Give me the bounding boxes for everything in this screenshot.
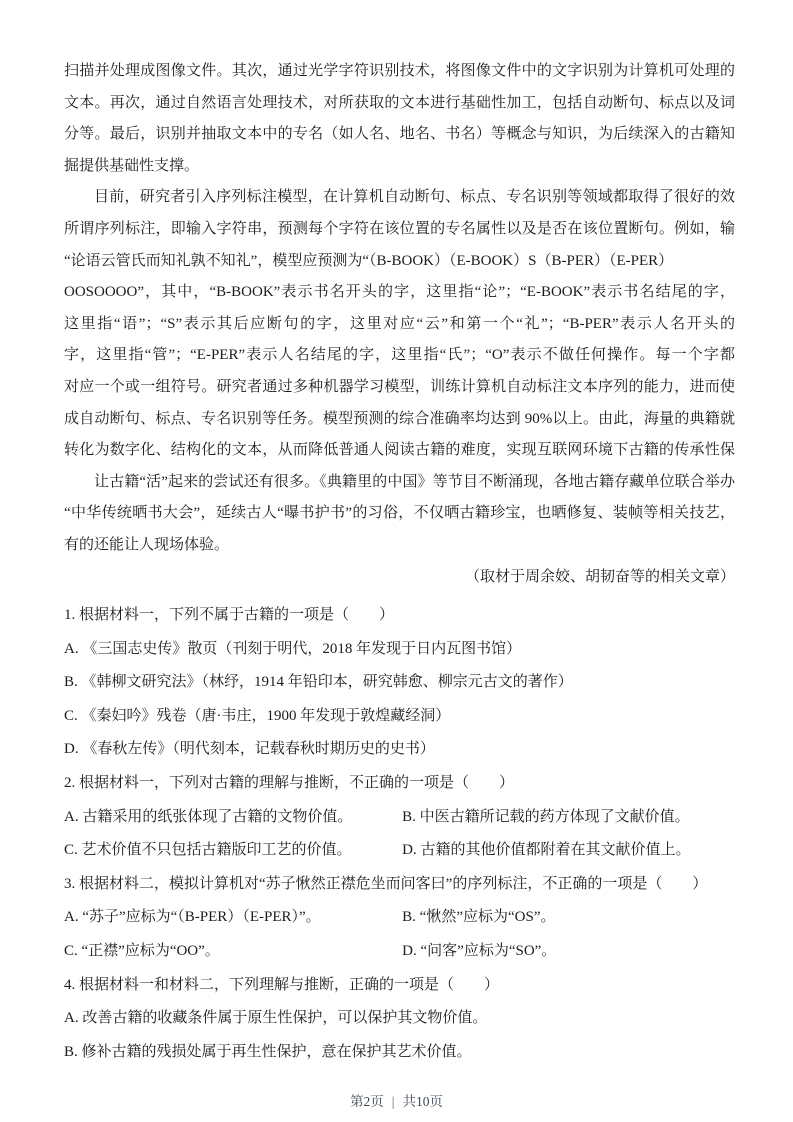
material-para3-line: 让古籍“活”起来的尝试还有很多。《典籍里的中国》等节目不断涌现，各地古籍存藏单位… (64, 467, 735, 499)
question-3-stem: 3. 根据材料二，模拟计算机对“苏子愀然正襟危坐而问客曰”的序列标注，不正确的一… (64, 868, 735, 902)
material-para2-line: 所谓序列标注，即输入字符串，预测每个字符在该位置的专名属性以及是否在该位置断句。… (64, 214, 735, 246)
question-3-option-b: B. “愀然”应标为“OS”。 (402, 901, 555, 935)
question-2-option-a: A. 古籍采用的纸张体现了古籍的文物价值。 (64, 801, 402, 835)
material-para2-line: “论语云管氏而知礼孰不知礼”，模型应预测为“（B-BOOK）（E-BOOK）S（… (64, 246, 735, 278)
footer-separator: | (392, 1094, 395, 1109)
question-1-stem: 1. 根据材料一，下列不属于古籍的一项是（ ） (64, 599, 735, 633)
material-para2-line: 这里指“语”；“S”表示其后应断句的字，这里对应“云”和第一个“礼”；“B-PE… (64, 309, 735, 341)
material-para2-line: OOSOOOO”，其中，“B-BOOK”表示书名开头的字，这里指“论”；“E-B… (64, 277, 735, 309)
page-number-current: 第2页 (350, 1094, 384, 1109)
question-2-option-c: C. 艺术价值不只包括古籍版印工艺的价值。 (64, 834, 402, 868)
attribution-line: （取材于周余姣、胡韧奋等的相关文章） (64, 562, 735, 594)
question-1-option-c: C. 《秦妇吟》残卷（唐·韦庄，1900 年发现于敦煌藏经洞） (64, 700, 735, 734)
material-para3-line: “中华传统晒书大会”，延续古人“曝书护书”的习俗，不仅晒古籍珍宝，也晒修复、装帧… (64, 498, 735, 530)
material-para1-line: 扫描并处理成图像文件。其次，通过光学字符识别技术，将图像文件中的文字识别为计算机… (64, 56, 735, 88)
question-3-options-row-cd: C. “正襟”应标为“OO”。 D. “问客”应标为“SO”。 (64, 935, 735, 969)
question-4-option-b: B. 修补古籍的残损处属于再生性保护，意在保护其艺术价值。 (64, 1036, 735, 1070)
question-4-stem: 4. 根据材料一和材料二，下列理解与推断，正确的一项是（ ） (64, 969, 735, 1003)
question-1-option-b: B. 《韩柳文研究法》（林纾，1914 年铅印本，研究韩愈、柳宗元古文的著作） (64, 666, 735, 700)
material-para3-line: 有的还能让人现场体验。 (64, 530, 735, 562)
question-3-options-row-ab: A. “苏子”应标为“（B-PER）（E-PER）”。 B. “愀然”应标为“O… (64, 901, 735, 935)
material-para1-line: 文本。再次，通过自然语言处理技术，对所获取的文本进行基础性加工，包括自动断句、标… (64, 88, 735, 120)
question-2-options-row-cd: C. 艺术价值不只包括古籍版印工艺的价值。 D. 古籍的其他价值都附着在其文献价… (64, 834, 735, 868)
material-para2-line: 字，这里指“管”；“E-PER”表示人名结尾的字，这里指“氏”；“O”表示不做任… (64, 340, 735, 372)
question-3-option-a: A. “苏子”应标为“（B-PER）（E-PER）”。 (64, 901, 402, 935)
material-para2-line: 目前，研究者引入序列标注模型，在计算机自动断句、标点、专名识别等领域都取得了很好… (64, 182, 735, 214)
question-3-option-d: D. “问客”应标为“SO”。 (402, 935, 556, 969)
question-1-option-d: D. 《春秋左传》（明代刻本，记载春秋时期历史的史书） (64, 733, 735, 767)
page-number-total: 共10页 (402, 1094, 443, 1109)
page-content: 扫描并处理成图像文件。其次，通过光学字符识别技术，将图像文件中的文字识别为计算机… (64, 56, 735, 1069)
question-2-option-d: D. 古籍的其他价值都附着在其文献价值上。 (402, 834, 690, 868)
question-2-options-row-ab: A. 古籍采用的纸张体现了古籍的文物价值。 B. 中医古籍所记载的药方体现了文献… (64, 801, 735, 835)
page-footer: 第2页|共10页 (0, 1090, 793, 1110)
question-2-stem: 2. 根据材料一，下列对古籍的理解与推断，不正确的一项是（ ） (64, 767, 735, 801)
material-para2-line: 成自动断句、标点、专名识别等任务。模型预测的综合准确率均达到 90%以上。由此，… (64, 404, 735, 436)
material-para2-line: 转化为数字化、结构化的文本，从而降低普通人阅读古籍的难度，实现互联网环境下古籍的… (64, 435, 735, 467)
question-3-option-c: C. “正襟”应标为“OO”。 (64, 935, 402, 969)
question-4-option-a: A. 改善古籍的收藏条件属于原生性保护，可以保护其文物价值。 (64, 1002, 735, 1036)
material-para1-line: 分等。最后，识别并抽取文本中的专名（如人名、地名、书名）等概念与知识，为后续深入… (64, 119, 735, 151)
exam-document-page: 扫描并处理成图像文件。其次，通过光学字符识别技术，将图像文件中的文字识别为计算机… (0, 0, 793, 1122)
question-1-option-a: A. 《三国志史传》散页（刊刻于明代，2018 年发现于日内瓦图书馆） (64, 633, 735, 667)
question-2-option-b: B. 中医古籍所记载的药方体现了文献价值。 (402, 801, 690, 835)
material-para1-line: 掘提供基础性支撑。 (64, 151, 735, 183)
material-para2-line: 对应一个或一组符号。研究者通过多种机器学习模型，训练计算机自动标注文本序列的能力… (64, 372, 735, 404)
